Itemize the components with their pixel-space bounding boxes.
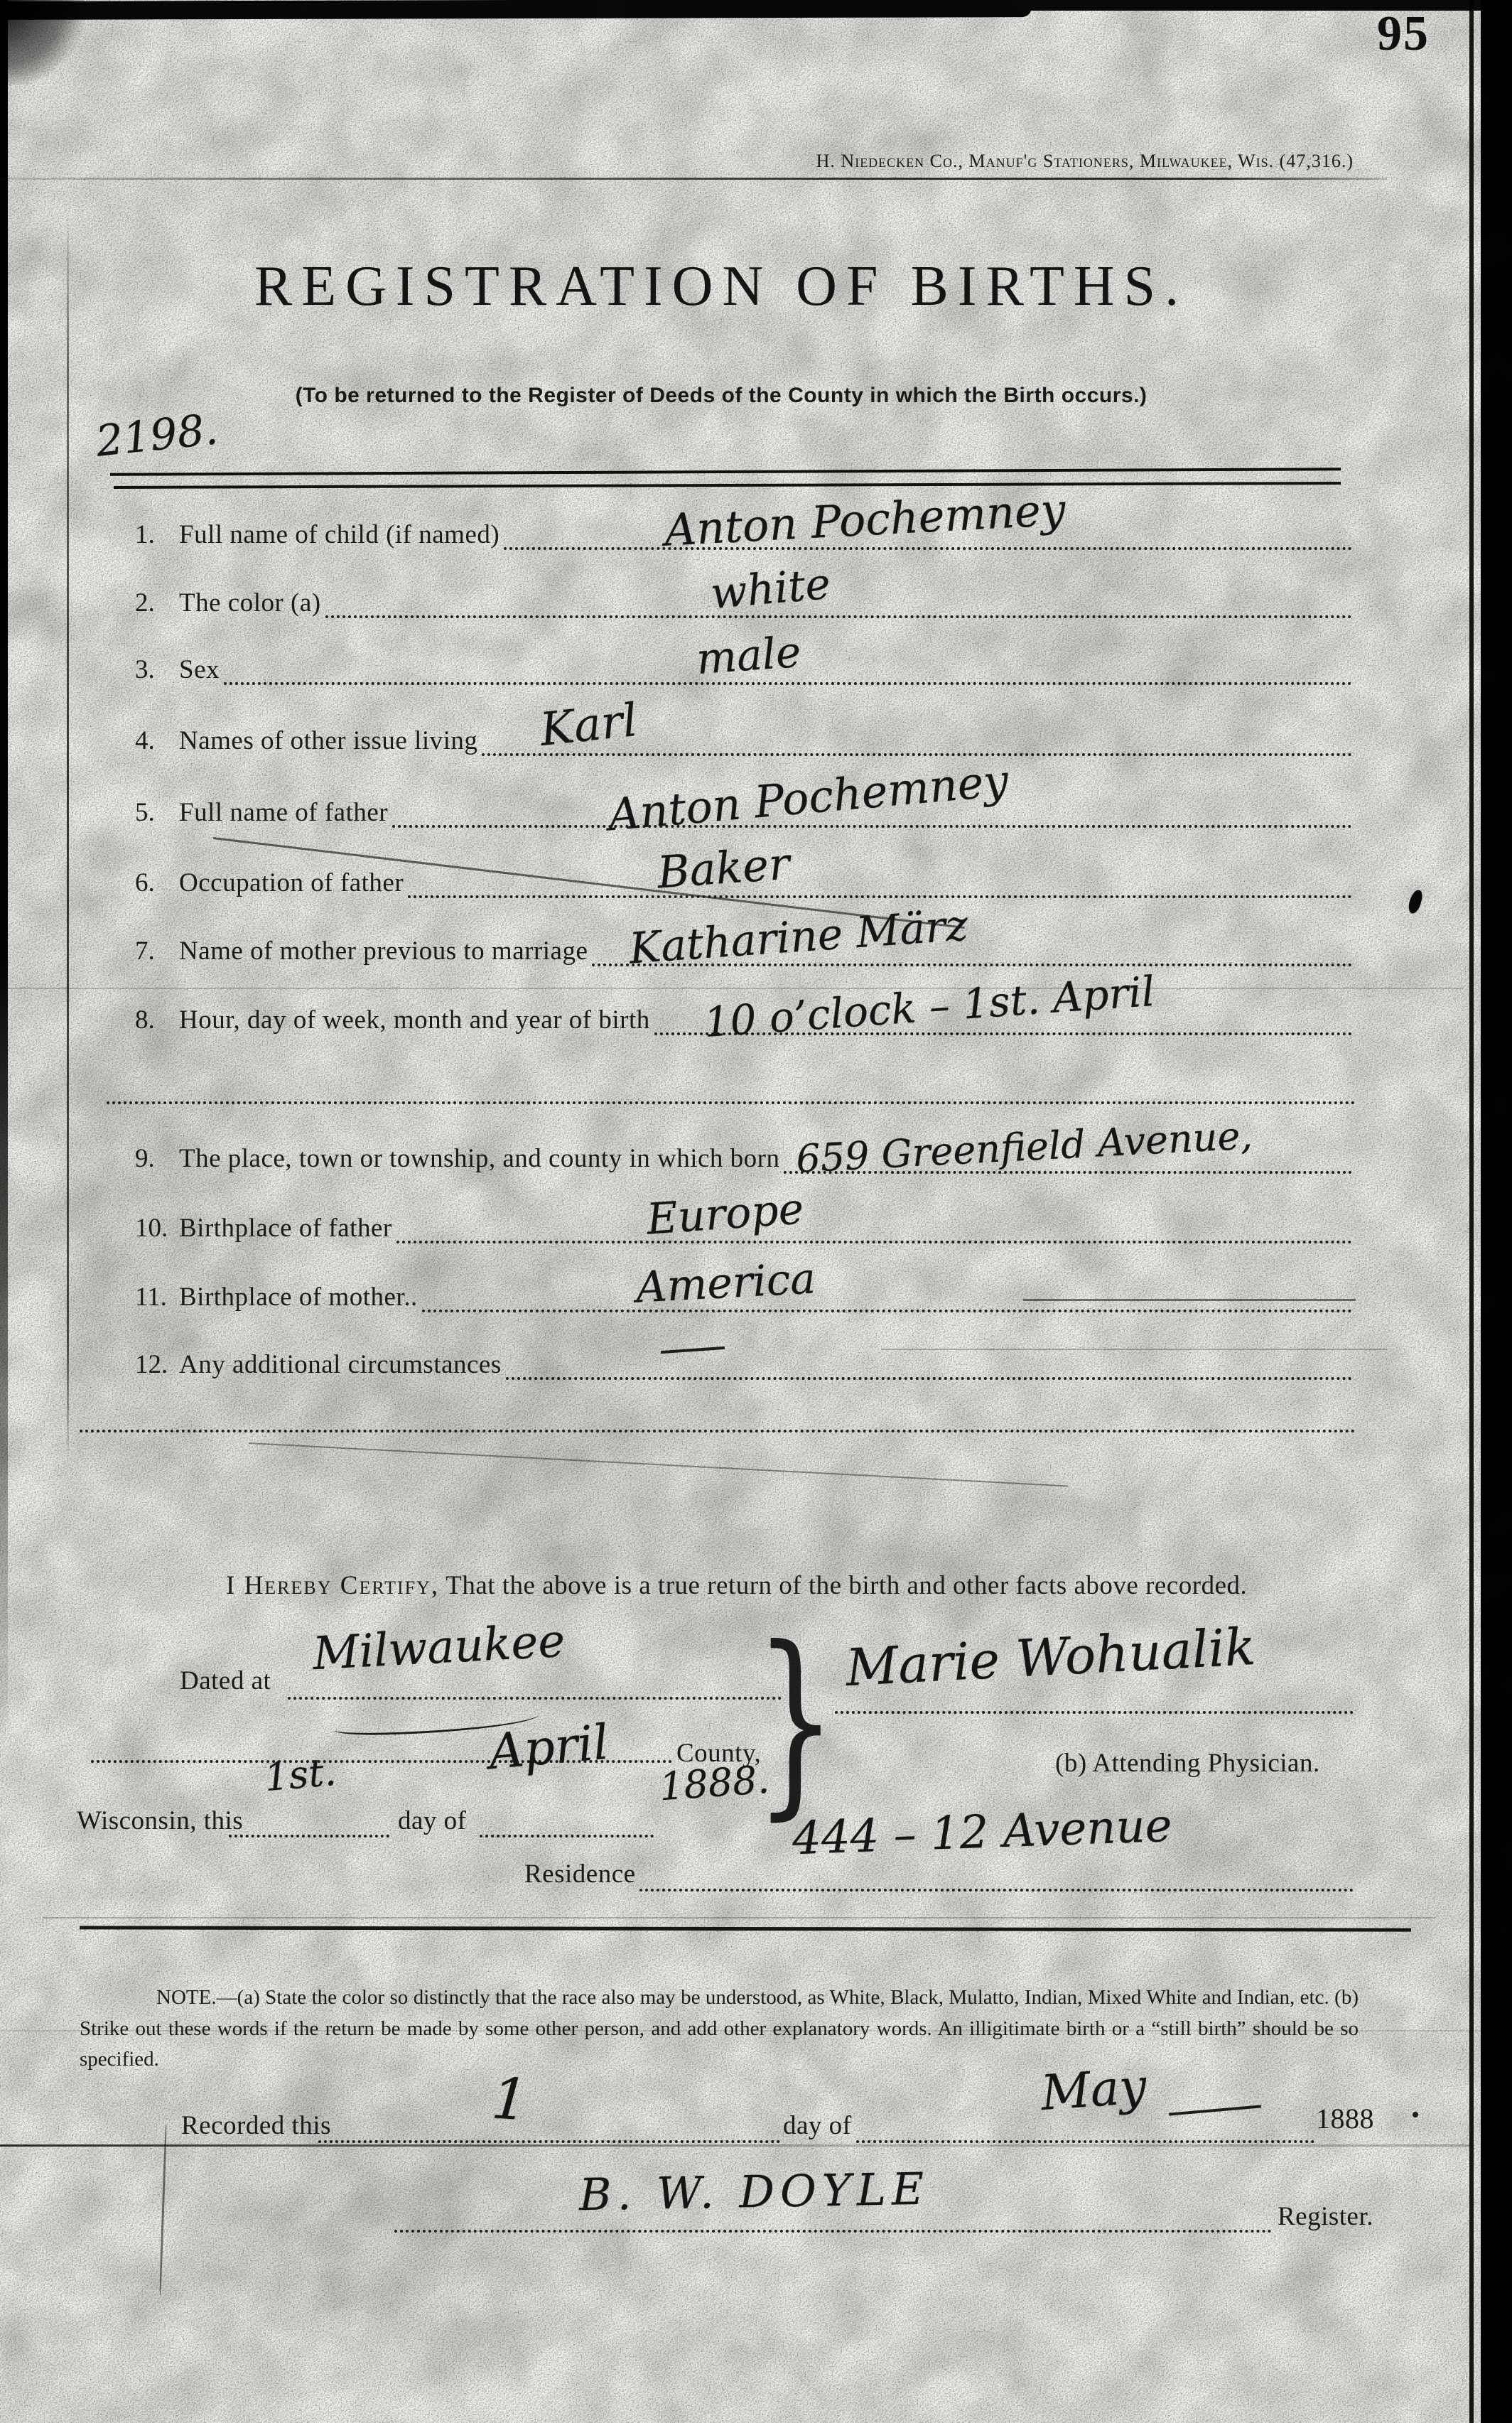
- field-label: The place, town or township, and county …: [179, 1143, 784, 1174]
- field-number: 8.: [135, 1005, 179, 1035]
- continuation-line: [107, 1070, 1356, 1104]
- scan-corner-smudge: [0, 0, 85, 85]
- form-field-8: 8. Hour, day of week, month and year of …: [135, 998, 1352, 1035]
- dotted-leader: [325, 583, 1352, 618]
- field-value-handwritten: Anton Pochemney: [606, 755, 1010, 841]
- form-field-11: 11. Birthplace of mother.. America: [135, 1275, 1352, 1312]
- field-value-handwritten: male: [695, 627, 803, 684]
- scan-edge-left: [0, 0, 8, 1741]
- form-subtitle: (To be returned to the Register of Deeds…: [78, 384, 1364, 408]
- recorded-prefix: Recorded this: [181, 2110, 331, 2141]
- field-label: Any additional circumstances: [179, 1349, 506, 1380]
- scan-edge-top-right: [1016, 0, 1512, 11]
- dated-at-label: Dated at: [180, 1666, 271, 1696]
- scanned-birth-registration-page: 95 H. Niedecken Co., Manuf'g Stationers,…: [0, 0, 1512, 2423]
- form-field-4: 4. Names of other issue living Karl: [135, 719, 1352, 756]
- footnote: NOTE.—(a) State the color so distinctly …: [80, 1982, 1359, 2076]
- scan-edge-top-left: [0, 0, 1032, 20]
- register-label: Register.: [1278, 2201, 1373, 2232]
- field-value-handwritten: America: [634, 1253, 816, 1312]
- field-value-handwritten: Karl: [538, 694, 640, 757]
- stray-pen-line: [249, 1442, 1069, 1486]
- scan-streak: [43, 1917, 1435, 1919]
- recorded-month-handwritten: May: [1039, 2058, 1148, 2122]
- dotted-line: [639, 1860, 1354, 1892]
- certify-rest: That the above is a true return of the b…: [439, 1571, 1247, 1600]
- dotted-leader: [408, 863, 1352, 898]
- double-rule: [114, 482, 1341, 489]
- field-label: Birthplace of father: [179, 1213, 396, 1243]
- state-line-prefix: Wisconsin, this: [77, 1806, 243, 1836]
- attending-physician-label: (b) Attending Physician.: [1055, 1748, 1320, 1779]
- field-number: 4.: [135, 725, 179, 756]
- field-label: Sex: [179, 654, 224, 685]
- dotted-line: [835, 1683, 1354, 1714]
- recorded-year: 1888: [1316, 2102, 1374, 2135]
- field-value-handwritten: Baker: [656, 838, 792, 899]
- field-label: Full name of child (if named): [179, 519, 504, 550]
- section-rule: [80, 1926, 1411, 1931]
- field-number: 3.: [135, 654, 179, 685]
- stray-pen-line: [159, 2125, 167, 2295]
- continuation-line: [80, 1398, 1356, 1432]
- scan-streak: [0, 2144, 1471, 2147]
- field-number: 12.: [135, 1349, 179, 1380]
- form-field-1: 1. Full name of child (if named) Anton P…: [135, 513, 1352, 550]
- field-number: 2.: [135, 588, 179, 618]
- dotted-line: [480, 1806, 654, 1838]
- field-label: Names of other issue living: [179, 725, 482, 756]
- left-margin-rule: [67, 213, 69, 1464]
- field-label: Name of mother previous to marriage: [179, 936, 592, 966]
- recorded-day-handwritten: 1: [490, 2065, 530, 2133]
- residence-handwritten: 444 – 12 Avenue: [792, 1800, 1173, 1866]
- dotted-line: [229, 1806, 389, 1838]
- dotted-line: [318, 2112, 780, 2143]
- form-title: REGISTRATION OF BIRTHS.: [78, 254, 1364, 319]
- field-number: 5.: [135, 797, 179, 828]
- month-handwritten: April: [487, 1715, 611, 1781]
- printer-credit: H. Niedecken Co., Manuf'g Stationers, Mi…: [0, 151, 1354, 172]
- field-label: Full name of father: [179, 797, 392, 828]
- field-number: 1.: [135, 519, 179, 550]
- form-field-7: 7. Name of mother previous to marriage K…: [135, 929, 1352, 966]
- field-number: 11.: [135, 1282, 179, 1312]
- field-label: Hour, day of week, month and year of bir…: [179, 1005, 654, 1035]
- field-number: 6.: [135, 868, 179, 898]
- form-field-6: 6. Occupation of father Baker: [135, 861, 1352, 898]
- scan-streak: [881, 1349, 1387, 1350]
- field-label: Occupation of father: [179, 868, 408, 898]
- form-field-2: 2. The color (a) white: [135, 581, 1352, 618]
- certify-statement: I Hereby Certify, That the above is a tr…: [226, 1570, 1247, 1601]
- curly-brace: }: [755, 1621, 836, 1822]
- field-number: 10.: [135, 1213, 179, 1243]
- field-label: Birthplace of mother..: [179, 1282, 422, 1312]
- pen-dot: [1413, 2112, 1418, 2117]
- dotted-line: [288, 1668, 782, 1700]
- year-handwritten: 1888.: [658, 1757, 771, 1810]
- field-value-handwritten: white: [708, 559, 832, 619]
- residence-label: Residence: [524, 1859, 636, 1889]
- ink-blot: [1407, 889, 1424, 915]
- field-number: 7.: [135, 936, 179, 966]
- double-rule: [110, 468, 1341, 476]
- dotted-leader: [422, 1277, 1352, 1312]
- scan-streak: [1023, 1299, 1356, 1301]
- dotted-leader: [396, 1208, 1352, 1243]
- form-field-5: 5. Full name of father Anton Pochemney: [135, 791, 1352, 828]
- dotted-line: [394, 2201, 1272, 2233]
- field-label: The color (a): [179, 588, 325, 618]
- form-field-3: 3. Sex male: [135, 648, 1352, 685]
- day-handwritten: 1st.: [262, 1749, 337, 1801]
- field-number: 9.: [135, 1143, 179, 1174]
- form-field-10: 10. Birthplace of father Europe: [135, 1207, 1352, 1243]
- certify-lead: I Hereby Certify,: [226, 1571, 439, 1600]
- day-of-label: day of: [398, 1806, 467, 1836]
- scan-streak: [0, 988, 1464, 989]
- record-number: 2198.: [94, 404, 220, 467]
- page-number: 95: [1377, 6, 1430, 63]
- recorded-day-of-label: day of: [783, 2110, 852, 2141]
- form-field-9: 9. The place, town or township, and coun…: [135, 1137, 1352, 1174]
- scan-binding-line: [1469, 0, 1474, 2423]
- header-rule: [0, 178, 1387, 180]
- scan-edge-right: [1481, 0, 1512, 2423]
